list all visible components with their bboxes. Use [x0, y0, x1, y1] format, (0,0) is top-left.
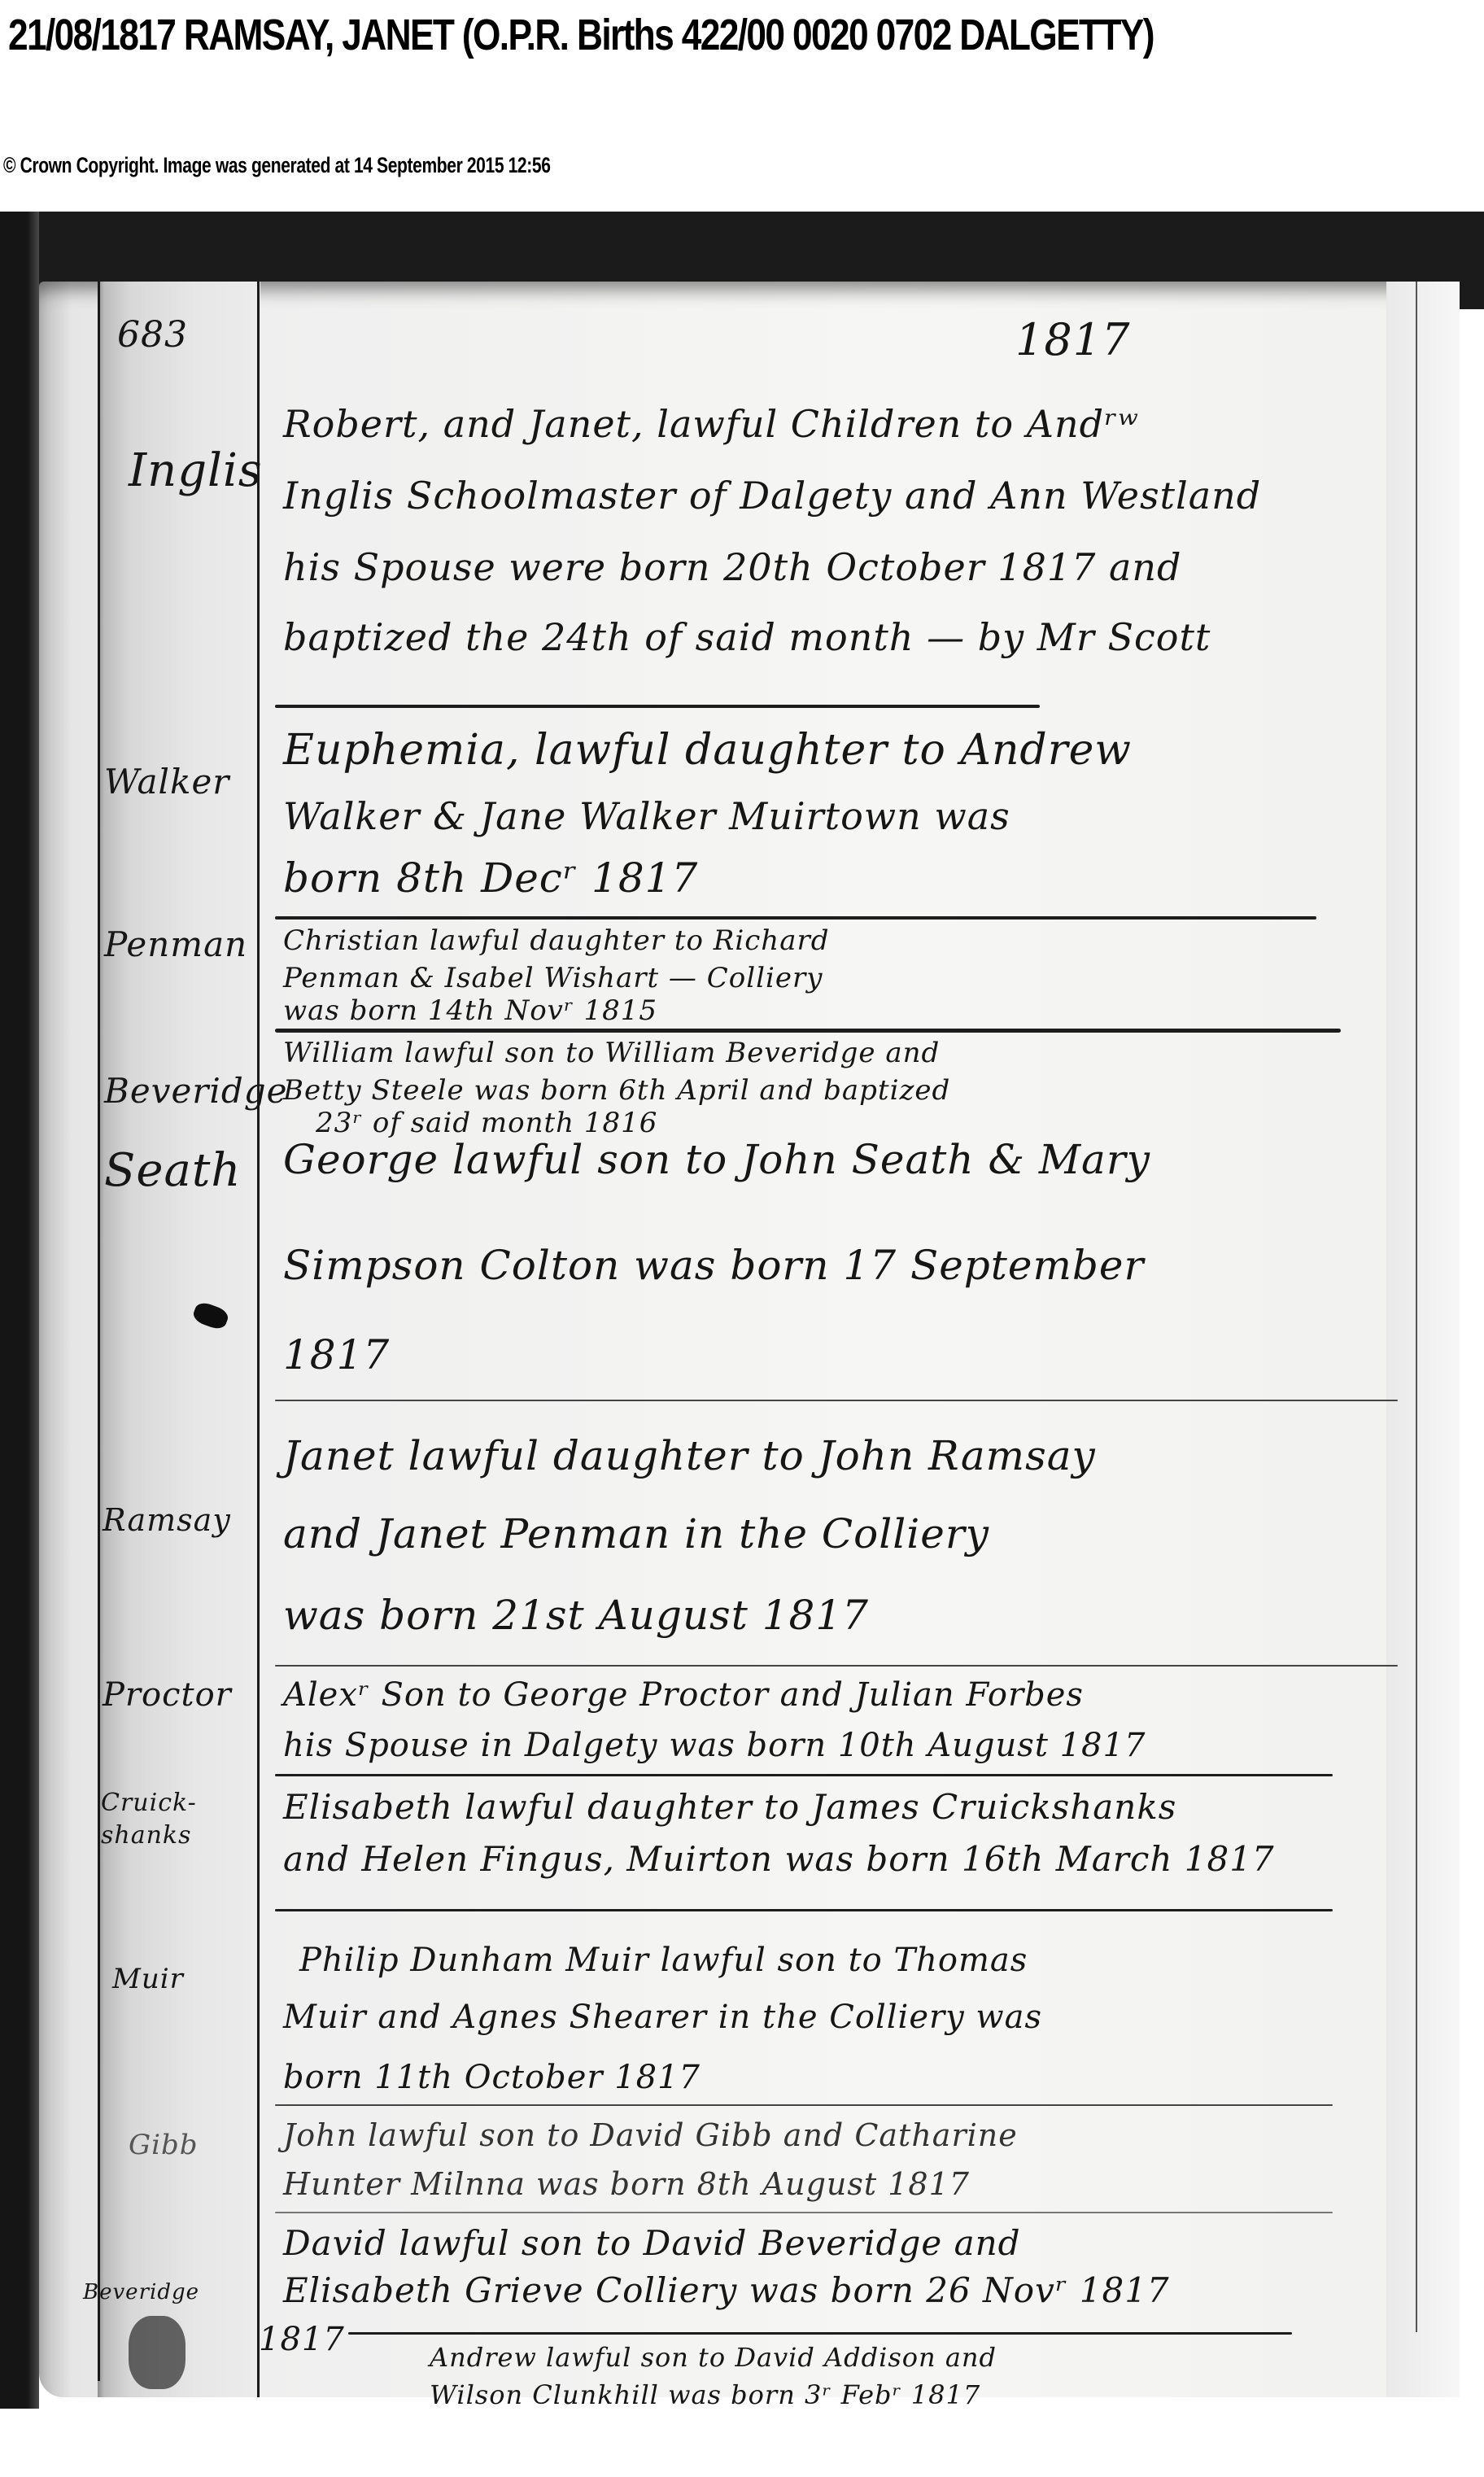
entry-line: his Spouse in Dalgety was born 10th Augu…: [283, 1727, 1146, 1764]
entry-line: Elisabeth Grieve Colliery was born 26 No…: [283, 2270, 1170, 2310]
entry-line: 23ʳ of said month 1816: [316, 1107, 657, 1139]
entry-separator: [275, 1909, 1333, 1911]
entry-line: Wilson Clunkhill was born 3ʳ Febʳ 1817: [430, 2379, 980, 2410]
entry-line: Inglis Schoolmaster of Dalgety and Ann W…: [283, 474, 1261, 518]
entry-line: Elisabeth lawful daughter to James Cruic…: [283, 1787, 1176, 1827]
entry-line: Muir and Agnes Shearer in the Colliery w…: [283, 1999, 1042, 2036]
entry-line: Euphemia, lawful daughter to Andrew: [283, 726, 1132, 775]
page-edge-right: [1386, 282, 1460, 2397]
entry-line: Simpson Colton was born 17 September: [283, 1242, 1144, 1289]
entry-line: Janet lawful daughter to John Ramsay: [283, 1432, 1096, 1479]
margin-surname: Beveridge: [83, 2280, 199, 2304]
entry-line: was born 21st August 1817: [283, 1592, 869, 1639]
margin-surname: Walker: [104, 762, 229, 802]
ink-shadow: [129, 2316, 185, 2389]
entry-separator: [275, 1029, 1341, 1033]
year-heading: 1817: [1015, 314, 1130, 365]
entry-separator: [348, 2332, 1292, 2335]
outer-left-rule: [98, 282, 100, 2381]
margin-surname: Beveridge: [104, 1071, 287, 1111]
entry-line: 1817: [283, 1331, 390, 1378]
margin-divider-rule: [257, 282, 260, 2397]
entry-line: was born 14th Novʳ 1815: [283, 994, 657, 1027]
page-number: 683: [117, 314, 188, 356]
margin-surname: Gibb: [129, 2129, 199, 2161]
entry-separator: [275, 1400, 1398, 1401]
entry-line: David lawful son to David Beveridge and: [283, 2223, 1021, 2263]
entry-line: Alexʳ Son to George Proctor and Julian F…: [283, 1676, 1084, 1714]
entry-line: Robert, and Janet, lawful Children to An…: [283, 402, 1139, 446]
copyright-notice: © Crown Copyright. Image was generated a…: [3, 153, 551, 178]
margin-surname: Ramsay: [103, 1502, 231, 1538]
margin-surname: Cruick-shanks: [101, 1787, 255, 1852]
stray-year: 1817: [259, 2321, 345, 2358]
entry-separator: [275, 1665, 1398, 1667]
entry-line: his Spouse were born 20th October 1817 a…: [283, 545, 1182, 589]
margin-column: [98, 282, 260, 2397]
entry-line: Penman & Isabel Wishart — Colliery: [283, 962, 823, 994]
margin-surname: Proctor: [103, 1676, 232, 1714]
entry-line: Betty Steele was born 6th April and bapt…: [283, 1074, 950, 1107]
entry-line: John lawful son to David Gibb and Cathar…: [283, 2117, 1018, 2153]
entry-line: George lawful son to John Seath & Mary: [283, 1136, 1150, 1183]
entry-line: baptized the 24th of said month — by Mr …: [283, 615, 1211, 659]
entry-separator: [275, 2104, 1333, 2106]
entry-separator: [275, 2212, 1333, 2213]
record-title: 21/08/1817 RAMSAY, JANET (O.P.R. Births …: [8, 5, 1276, 65]
entry-line: Andrew lawful son to David Addison and: [430, 2342, 997, 2373]
entry-separator: [275, 705, 1040, 708]
record-header: 21/08/1817 RAMSAY, JANET (O.P.R. Births …: [8, 5, 1277, 65]
entry-separator: [275, 1774, 1333, 1776]
entry-line: William lawful son to William Beveridge …: [283, 1037, 940, 1069]
entry-line: Hunter Milnna was born 8th August 1817: [283, 2166, 970, 2202]
margin-surname: Inglis: [129, 444, 263, 497]
entry-line: Christian lawful daughter to Richard: [283, 924, 830, 957]
scanned-register-image: 683 1817 Inglis Robert, and Janet, lawfu…: [0, 212, 1484, 2474]
entry-line: born 11th October 1817: [283, 2059, 701, 2096]
entry-line: and Janet Penman in the Colliery: [283, 1510, 989, 1557]
right-rule: [1416, 282, 1417, 2332]
entry-line: Philip Dunham Muir lawful son to Thomas: [299, 1942, 1028, 1979]
scan-border-left: [0, 212, 39, 2409]
margin-surname: Seath: [104, 1144, 241, 1197]
entry-separator: [275, 916, 1316, 920]
margin-surname: Penman: [104, 924, 247, 964]
register-page: 683 1817 Inglis Robert, and Janet, lawfu…: [39, 282, 1455, 2397]
margin-surname: Muir: [112, 1963, 184, 1995]
entry-line: Walker & Jane Walker Muirtown was: [283, 794, 1010, 838]
entry-line: born 8th Decʳ 1817: [283, 854, 698, 902]
entry-line: and Helen Fingus, Muirton was born 16th …: [283, 1839, 1275, 1879]
